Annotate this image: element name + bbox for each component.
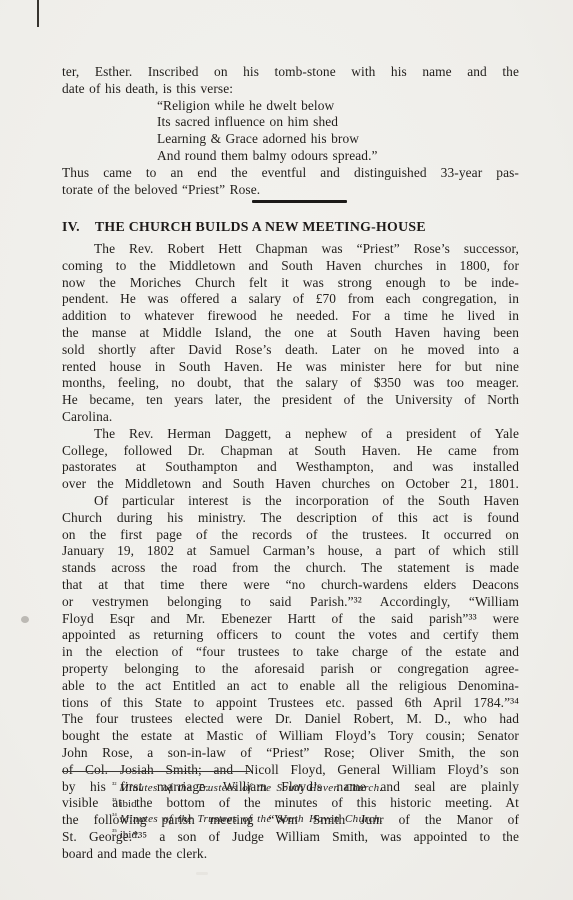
- section-heading: IV.THE CHURCH BUILDS A NEW MEETING-HOUSE: [62, 219, 519, 235]
- text-line: He became, ten years later, the presiden…: [62, 392, 519, 409]
- text-line: Thus came to an end the eventful and dis…: [62, 165, 519, 182]
- footnotes: ³²Minutes of the Trustees of the South H…: [112, 777, 532, 839]
- text-line: ter, Esther. Inscribed on his tomb-stone…: [62, 64, 519, 81]
- text-line: College, followed Dr. Chapman at South H…: [62, 443, 519, 460]
- text-line: sold shortly after David Rose’s death. L…: [62, 342, 519, 359]
- text-line: able to the act Entitled an act to enabl…: [62, 678, 519, 695]
- scan-artifact-dot: [21, 616, 29, 623]
- intro-paragraph: ter, Esther. Inscribed on his tomb-stone…: [62, 64, 519, 198]
- text-line: in the election of “four trustees to tak…: [62, 644, 519, 661]
- text-line: board and made the clerk.: [62, 846, 519, 863]
- text-line: property belonging to the aforesaid pari…: [62, 661, 519, 678]
- footnote-marker: ³²: [112, 780, 117, 789]
- footnote-marker: ³⁵: [112, 827, 117, 836]
- section-title: THE CHURCH BUILDS A NEW MEETING-HOUSE: [95, 219, 426, 234]
- footnote-marker: ³³: [112, 796, 117, 805]
- text-line: addition to whatever firewood he needed.…: [62, 308, 519, 325]
- footnote-text: Minutes of the Trustees of the South Hav…: [120, 813, 383, 825]
- text-line: tions of this State to appoint Trustees …: [62, 695, 519, 712]
- footnote: ³³ibid.: [112, 793, 532, 809]
- footnote: ³²Minutes of the Trustees of the South H…: [112, 777, 532, 793]
- text-line: Of particular interest is the incorporat…: [62, 493, 519, 510]
- text-line: stands across the road from the church. …: [62, 560, 519, 577]
- text-line: Floyd Esqr and Mr. Ebenezer Hartt of the…: [62, 611, 519, 628]
- footnote-separator-rule: [62, 771, 250, 772]
- footnote: ³⁴Minutes of the Trustees of the South H…: [112, 808, 532, 824]
- text-line: appointed as returning officers to count…: [62, 627, 519, 644]
- text-line: now the Moriches Church felt it was stro…: [62, 275, 519, 292]
- book-page: ter, Esther. Inscribed on his tomb-stone…: [0, 0, 573, 900]
- text-line: pendent. He was offered a salary of £70 …: [62, 291, 519, 308]
- section-divider-rule: [252, 200, 347, 203]
- text-line: date of his death, is this verse:: [62, 81, 519, 98]
- text-line: The four trustees elected were Dr. Danie…: [62, 711, 519, 728]
- footnote-marker: ³⁴: [112, 811, 117, 820]
- footnote-text: Minutes of the Trustees of the South Hav…: [120, 782, 383, 794]
- scan-artifact-dash: [37, 0, 39, 27]
- text-line: or vestrymen belonging to said Parish.”³…: [62, 594, 519, 611]
- scan-artifact-smudge: [196, 872, 208, 875]
- text-line: The Rev. Herman Daggett, a nephew of a p…: [62, 426, 519, 443]
- text-line: months, feeling, no doubt, that the sala…: [62, 375, 519, 392]
- verse-line: “Religion while he dwelt below: [157, 98, 519, 115]
- text-line: The Rev. Robert Hett Chapman was “Priest…: [62, 241, 519, 258]
- text-line: that at that time there were “no church-…: [62, 577, 519, 594]
- text-line: the manse at Middle Island, the one at S…: [62, 325, 519, 342]
- text-line: coming to the Middletown and South Haven…: [62, 258, 519, 275]
- text-line: pastorates at Southampton and Westhampto…: [62, 459, 519, 476]
- section-number: IV.: [62, 219, 80, 234]
- text-line: January 19, 1802 at Samuel Carman’s hous…: [62, 543, 519, 560]
- body-text: The Rev. Robert Hett Chapman was “Priest…: [62, 241, 519, 862]
- text-line: on the first page of the records of the …: [62, 527, 519, 544]
- footnote-text: ibid.: [120, 829, 140, 841]
- text-line: over the Middletown and South Haven chur…: [62, 476, 519, 493]
- text-line: bought the estate at Mastic of William F…: [62, 728, 519, 745]
- footnote: ³⁵ibid.: [112, 824, 532, 840]
- text-line: Carolina.: [62, 409, 519, 426]
- verse-line: Its sacred influence on him shed: [157, 114, 519, 131]
- text-line: John Rose, a son-in-law of “Priest” Rose…: [62, 745, 519, 762]
- text-line: Church during his ministry. The descript…: [62, 510, 519, 527]
- text-line: torate of the beloved “Priest” Rose.: [62, 182, 519, 199]
- text-line: rented house in South Haven. He was mini…: [62, 359, 519, 376]
- verse-line: Learning & Grace adorned his brow: [157, 131, 519, 148]
- verse-line: And round them balmy odours spread.”: [157, 148, 519, 165]
